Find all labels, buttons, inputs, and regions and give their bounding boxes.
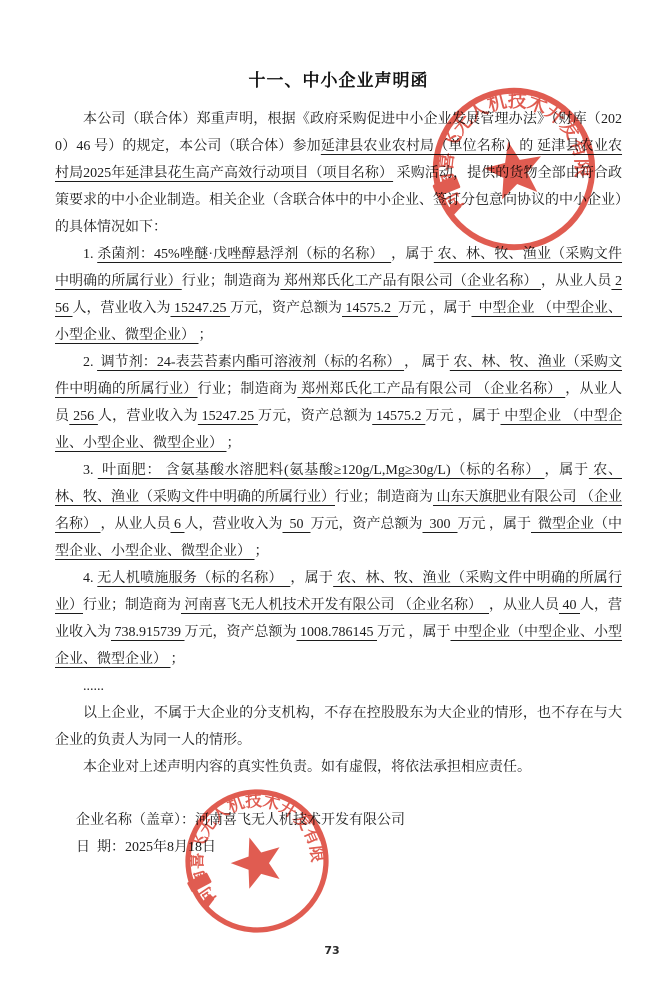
text-run: ； [199, 328, 213, 343]
paragraph: ...... [55, 673, 622, 700]
page-number: 73 [0, 944, 664, 957]
filled-blank: 叶面肥： 含氨基酸水溶肥料(氨基酸≥120g/L,Mg≥30g/L)（标的名称） [98, 463, 545, 478]
filled-blank: 14575.2 [372, 409, 425, 424]
text-run: ； [255, 544, 269, 559]
text-run: 万元 ，属于 [398, 301, 472, 316]
filled-blank: 50 [283, 517, 311, 532]
filled-blank: 300 [423, 517, 458, 532]
text-run: 万元，资产总额为 [311, 517, 423, 532]
text-run: ， 属于 [404, 355, 450, 370]
text-run: 万元，资产总额为 [185, 625, 297, 640]
filled-blank: 256 [69, 409, 98, 424]
text-run: ，属于 [545, 463, 589, 478]
text-run: ； [227, 436, 241, 451]
text-run: 万元 ，属于 [377, 625, 451, 640]
page-title: 十一、中小企业声明函 [55, 66, 622, 91]
text-run: ...... [83, 679, 104, 694]
filled-blank: 6 [171, 517, 185, 532]
text-run: ，从业人员 [541, 274, 611, 289]
text-run: 万元，资产总额为 [258, 409, 372, 424]
paragraph: 4. 无人机喷施服务（标的名称） ，属于 农、林、牧、渔业（采购文件中明确的所属… [55, 565, 622, 673]
text-run: 行业；制造商为 [198, 382, 298, 397]
paragraph: 日 期：2025年8月18日 [55, 834, 622, 861]
text-run: 人，营业收入为 [185, 517, 283, 532]
document-page: 十一、中小企业声明函 本公司（联合体）郑重声明，根据《政府采购促进中小企业发展管… [0, 0, 664, 981]
paragraph: 本企业对上述声明内容的真实性负责。如有虚假，将依法承担相应责任。 [55, 754, 622, 781]
document-content: 十一、中小企业声明函 本公司（联合体）郑重声明，根据《政府采购促进中小企业发展管… [55, 66, 622, 861]
text-run: ，属于 [290, 571, 333, 586]
text-run: 企业名称（盖章）：河南喜飞无人机技术开发有限公司 [76, 813, 405, 828]
paragraph: 1. 杀菌剂：45%唑醚·戊唑醇悬浮剂（标的名称） ，属于 农、林、牧、渔业（采… [55, 241, 622, 349]
filled-blank: 1008.786145 [297, 625, 378, 640]
filled-blank: 738.915739 [111, 625, 185, 640]
filled-blank: 郑州郑氏化工产品有限公司（企业名称） [280, 274, 541, 289]
filled-blank: 调节剂：24-表芸苔素内酯可溶液剂（标的名称） [97, 355, 404, 370]
filled-blank: 郑州郑氏化工产品有限公司 （企业名称） [297, 382, 565, 397]
filled-blank: 杀菌剂：45%唑醚·戊唑醇悬浮剂（标的名称） [97, 247, 391, 262]
text-run: ，从业人员 [489, 598, 559, 613]
text-run: 4. [83, 571, 97, 586]
text-run: 以上企业，不属于大企业的分支机构，不存在控股股东为大企业的情形，也不存在与大企业… [55, 706, 622, 748]
seal-code-tag [186, 872, 220, 913]
paragraphs: 本公司（联合体）郑重声明，根据《政府采购促进中小企业发展管理办法》（财库（202… [55, 106, 622, 861]
text-run: ，属于 [391, 247, 434, 262]
text-run: 1. [83, 247, 97, 262]
text-run: 行业；制造商为 [83, 598, 181, 613]
text-run: 日 期：2025年8月18日 [76, 840, 216, 855]
text-run: 3. [83, 463, 98, 478]
filled-blank: 河南喜飞无人机技术开发有限公司 （企业名称） [181, 598, 489, 613]
paragraph: 2. 调节剂：24-表芸苔素内酯可溶液剂（标的名称） ， 属于 农、林、牧、渔业… [55, 349, 622, 457]
text-run: 万元 ，属于 [458, 517, 532, 532]
text-run: 行业；制造商为 [335, 490, 433, 505]
filled-blank: 15247.25 [198, 409, 258, 424]
filled-blank: 无人机喷施服务（标的名称） [97, 571, 290, 586]
text-run: 万元 ，属于 [425, 409, 500, 424]
filled-blank: 15247.25 [171, 301, 231, 316]
text-run: 人，营业收入为 [98, 409, 198, 424]
paragraph: 3. 叶面肥： 含氨基酸水溶肥料(氨基酸≥120g/L,Mg≥30g/L)（标的… [55, 457, 622, 565]
text-run: ； [171, 652, 185, 667]
text-run: 行业；制造商为 [182, 274, 281, 289]
text-run: 2. [83, 355, 97, 370]
text-run: ，从业人员 [101, 517, 171, 532]
filled-blank: 40 [559, 598, 580, 613]
text-run: 本企业对上述声明内容的真实性负责。如有虚假，将依法承担相应责任。 [83, 760, 531, 775]
paragraph: 本公司（联合体）郑重声明，根据《政府采购促进中小企业发展管理办法》（财库（202… [55, 106, 622, 241]
text-run: 万元，资产总额为 [230, 301, 342, 316]
paragraph: 以上企业，不属于大企业的分支机构，不存在控股股东为大企业的情形，也不存在与大企业… [55, 700, 622, 754]
text-run: 人，营业收入为 [73, 301, 171, 316]
paragraph: 企业名称（盖章）：河南喜飞无人机技术开发有限公司 [55, 807, 622, 834]
filled-blank: 14575.2 [342, 301, 398, 316]
